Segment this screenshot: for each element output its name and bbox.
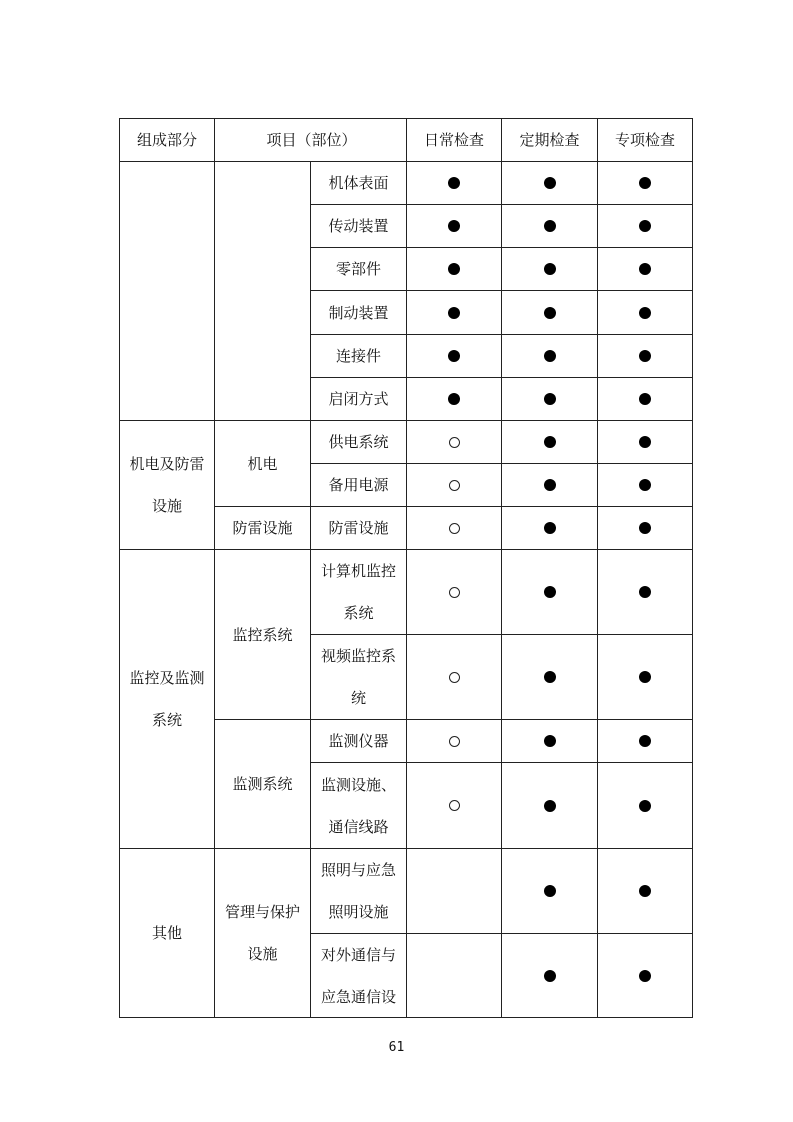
check-special bbox=[597, 204, 693, 248]
item-name: 供电系统 bbox=[310, 420, 407, 464]
check-periodic bbox=[501, 762, 598, 849]
hollow-circle-icon bbox=[449, 523, 460, 534]
filled-dot-icon bbox=[544, 350, 556, 362]
check-special bbox=[597, 634, 693, 720]
check-periodic bbox=[501, 719, 598, 763]
check-special bbox=[597, 848, 693, 934]
item-name-text: 制动装置 bbox=[326, 292, 390, 334]
item-name-text: 连接件 bbox=[334, 335, 383, 377]
check-special bbox=[597, 247, 693, 291]
item-name-text: 视频监控系统 bbox=[313, 635, 405, 719]
check-daily bbox=[406, 463, 502, 507]
header-item-text: 项目（部位） bbox=[265, 119, 357, 161]
header-special: 专项检查 bbox=[597, 118, 693, 162]
item-name: 对外通信与应急通信设 bbox=[310, 933, 407, 1018]
check-special bbox=[597, 161, 693, 205]
filled-dot-icon bbox=[639, 735, 651, 747]
subgroup-name-text: 管理与保护设施 bbox=[217, 891, 309, 975]
hollow-circle-icon bbox=[449, 480, 460, 491]
item-name-text: 防雷设施 bbox=[326, 507, 390, 549]
filled-dot-icon bbox=[544, 735, 556, 747]
check-periodic bbox=[501, 634, 598, 720]
filled-dot-icon bbox=[544, 800, 556, 812]
component-name: 监控及监测系统 bbox=[119, 549, 215, 849]
component-name-text: 其他 bbox=[150, 912, 184, 954]
item-name: 防雷设施 bbox=[310, 506, 407, 550]
hollow-circle-icon bbox=[449, 587, 460, 598]
check-daily bbox=[406, 290, 502, 335]
item-name: 机体表面 bbox=[310, 161, 407, 205]
subgroup-name: 管理与保护设施 bbox=[214, 848, 311, 1018]
check-periodic bbox=[501, 933, 598, 1018]
header-periodic-text: 定期检查 bbox=[517, 119, 581, 161]
item-name: 计算机监控系统 bbox=[310, 549, 407, 635]
filled-dot-icon bbox=[448, 307, 460, 319]
check-special bbox=[597, 290, 693, 335]
item-name-text: 照明与应急照明设施 bbox=[313, 849, 405, 933]
check-daily bbox=[406, 334, 502, 378]
filled-dot-icon bbox=[544, 970, 556, 982]
filled-dot-icon bbox=[639, 586, 651, 598]
filled-dot-icon bbox=[639, 393, 651, 405]
filled-dot-icon bbox=[448, 220, 460, 232]
subgroup-name-text: 监测系统 bbox=[230, 763, 294, 805]
item-name: 启闭方式 bbox=[310, 377, 407, 421]
filled-dot-icon bbox=[544, 522, 556, 534]
filled-dot-icon bbox=[639, 220, 651, 232]
item-name-text: 供电系统 bbox=[326, 421, 390, 463]
subgroup-name: 防雷设施 bbox=[214, 506, 311, 550]
filled-dot-icon bbox=[448, 393, 460, 405]
item-name: 监测设施、通信线路 bbox=[310, 762, 407, 849]
header-daily-text: 日常检查 bbox=[422, 119, 486, 161]
item-name: 制动装置 bbox=[310, 290, 407, 335]
check-special bbox=[597, 463, 693, 507]
header-component: 组成部分 bbox=[119, 118, 215, 162]
header-daily: 日常检查 bbox=[406, 118, 502, 162]
check-periodic bbox=[501, 161, 598, 205]
hollow-circle-icon bbox=[449, 437, 460, 448]
filled-dot-icon bbox=[639, 177, 651, 189]
component-name: 其他 bbox=[119, 848, 215, 1018]
subgroup-name: 机电 bbox=[214, 420, 311, 507]
filled-dot-icon bbox=[544, 307, 556, 319]
item-name-text: 计算机监控系统 bbox=[313, 550, 405, 634]
page-number: 61 bbox=[0, 1040, 793, 1055]
check-daily bbox=[406, 762, 502, 849]
item-name-text: 监测设施、通信线路 bbox=[313, 764, 405, 848]
hollow-circle-icon bbox=[449, 736, 460, 747]
check-periodic bbox=[501, 463, 598, 507]
component-name-text: 机电及防雷设施 bbox=[121, 443, 213, 527]
check-periodic bbox=[501, 420, 598, 464]
filled-dot-icon bbox=[544, 586, 556, 598]
item-name-text: 对外通信与应急通信设 bbox=[313, 934, 405, 1018]
filled-dot-icon bbox=[544, 479, 556, 491]
check-daily bbox=[406, 634, 502, 720]
item-name-text: 备用电源 bbox=[326, 464, 390, 506]
hollow-circle-icon bbox=[449, 672, 460, 683]
check-special bbox=[597, 719, 693, 763]
filled-dot-icon bbox=[544, 263, 556, 275]
filled-dot-icon bbox=[639, 436, 651, 448]
filled-dot-icon bbox=[448, 350, 460, 362]
filled-dot-icon bbox=[639, 522, 651, 534]
check-daily bbox=[406, 204, 502, 248]
item-name: 备用电源 bbox=[310, 463, 407, 507]
check-daily bbox=[406, 719, 502, 763]
item-name-text: 传动装置 bbox=[326, 205, 390, 247]
component-name-text: 监控及监测系统 bbox=[121, 657, 213, 741]
subgroup-name bbox=[214, 161, 311, 421]
header-special-text: 专项检查 bbox=[613, 119, 677, 161]
filled-dot-icon bbox=[448, 177, 460, 189]
check-daily bbox=[406, 506, 502, 550]
subgroup-name: 监测系统 bbox=[214, 719, 311, 849]
filled-dot-icon bbox=[639, 307, 651, 319]
filled-dot-icon bbox=[639, 350, 651, 362]
check-periodic bbox=[501, 549, 598, 635]
filled-dot-icon bbox=[639, 800, 651, 812]
check-special bbox=[597, 334, 693, 378]
item-name: 零部件 bbox=[310, 247, 407, 291]
item-name-text: 启闭方式 bbox=[326, 378, 390, 420]
subgroup-name-text: 监控系统 bbox=[230, 614, 294, 656]
filled-dot-icon bbox=[639, 970, 651, 982]
item-name: 传动装置 bbox=[310, 204, 407, 248]
item-name: 监测仪器 bbox=[310, 719, 407, 763]
filled-dot-icon bbox=[448, 263, 460, 275]
hollow-circle-icon bbox=[449, 800, 460, 811]
filled-dot-icon bbox=[639, 479, 651, 491]
component-name bbox=[119, 161, 215, 421]
subgroup-name-text: 机电 bbox=[245, 443, 279, 485]
item-name-text: 机体表面 bbox=[326, 162, 390, 204]
check-daily bbox=[406, 420, 502, 464]
check-periodic bbox=[501, 204, 598, 248]
filled-dot-icon bbox=[544, 393, 556, 405]
filled-dot-icon bbox=[639, 671, 651, 683]
check-periodic bbox=[501, 848, 598, 934]
item-name: 连接件 bbox=[310, 334, 407, 378]
check-daily bbox=[406, 161, 502, 205]
filled-dot-icon bbox=[544, 885, 556, 897]
filled-dot-icon bbox=[544, 220, 556, 232]
check-special bbox=[597, 377, 693, 421]
check-special bbox=[597, 933, 693, 1018]
subgroup-name: 监控系统 bbox=[214, 549, 311, 720]
check-special bbox=[597, 549, 693, 635]
item-name-text: 零部件 bbox=[334, 248, 383, 290]
item-name: 照明与应急照明设施 bbox=[310, 848, 407, 934]
check-special bbox=[597, 420, 693, 464]
check-daily bbox=[406, 549, 502, 635]
filled-dot-icon bbox=[639, 885, 651, 897]
check-daily bbox=[406, 933, 502, 1018]
header-periodic: 定期检查 bbox=[501, 118, 598, 162]
filled-dot-icon bbox=[544, 177, 556, 189]
check-periodic bbox=[501, 290, 598, 335]
item-name-text: 监测仪器 bbox=[326, 720, 390, 762]
check-special bbox=[597, 506, 693, 550]
subgroup-name-text: 防雷设施 bbox=[230, 507, 294, 549]
check-special bbox=[597, 762, 693, 849]
check-daily bbox=[406, 247, 502, 291]
header-item: 项目（部位） bbox=[214, 118, 407, 162]
check-daily bbox=[406, 377, 502, 421]
header-component-text: 组成部分 bbox=[135, 119, 199, 161]
check-periodic bbox=[501, 377, 598, 421]
filled-dot-icon bbox=[544, 671, 556, 683]
check-periodic bbox=[501, 334, 598, 378]
check-periodic bbox=[501, 506, 598, 550]
check-daily bbox=[406, 848, 502, 934]
item-name: 视频监控系统 bbox=[310, 634, 407, 720]
filled-dot-icon bbox=[639, 263, 651, 275]
component-name: 机电及防雷设施 bbox=[119, 420, 215, 550]
filled-dot-icon bbox=[544, 436, 556, 448]
check-periodic bbox=[501, 247, 598, 291]
